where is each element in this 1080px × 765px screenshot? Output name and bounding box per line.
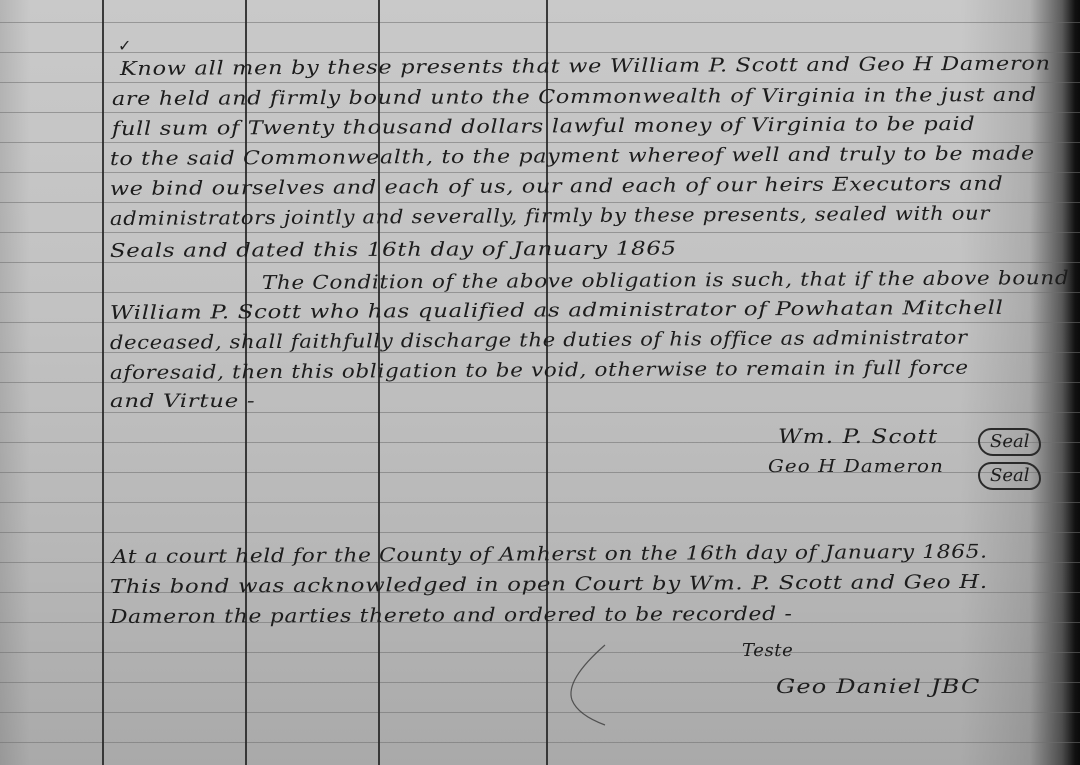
margin-line (102, 0, 104, 765)
seal-scott: Seal (978, 428, 1041, 456)
signature-dameron: Geo H Dameron (768, 456, 944, 477)
court-record-line: Dameron the parties thereto and ordered … (110, 603, 793, 628)
ledger-page: ✓ Know all men by these presents that we… (0, 0, 1080, 765)
stray-mark-icon (560, 640, 620, 730)
column-line (378, 0, 380, 765)
teste-label: Teste (742, 640, 793, 661)
bond-line: are held and firmly bound unto the Commo… (112, 84, 1037, 110)
clerk-signature: Geo Daniel JBC (776, 674, 981, 698)
bond-line: Seals and dated this 16th day of January… (110, 238, 677, 262)
condition-line: and Virtue - (110, 390, 255, 412)
seal-dameron: Seal (978, 462, 1041, 490)
check-mark-icon: ✓ (118, 36, 131, 55)
signature-scott: Wm. P. Scott (778, 424, 938, 448)
